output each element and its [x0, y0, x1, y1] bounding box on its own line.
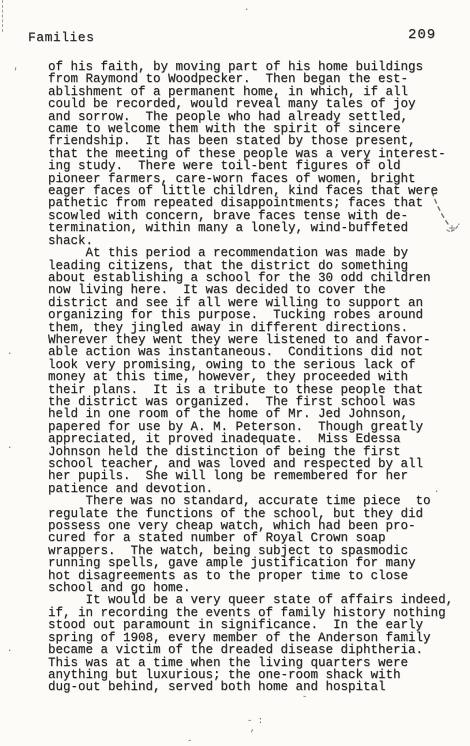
scan-speck: , [250, 726, 255, 732]
body-text: of his faith, by moving part of his home… [48, 61, 453, 694]
scan-speck: . [7, 443, 12, 449]
scanned-book-page: Families 209 of his faith, by moving par… [0, 0, 470, 746]
scan-speck: ' [13, 69, 18, 75]
page-number: 209 [408, 27, 436, 43]
scan-speck: . [7, 646, 12, 652]
scan-speck: . [434, 487, 439, 493]
pen-mark-artifact [428, 189, 470, 241]
scan-speck: . [244, 5, 249, 11]
scan-speck: . [7, 349, 12, 355]
scan-speck: - [187, 738, 192, 744]
scan-artifact-margin-dashes [2, 0, 3, 32]
running-header-title: Families [28, 30, 94, 45]
scan-speck: - [302, 694, 307, 700]
